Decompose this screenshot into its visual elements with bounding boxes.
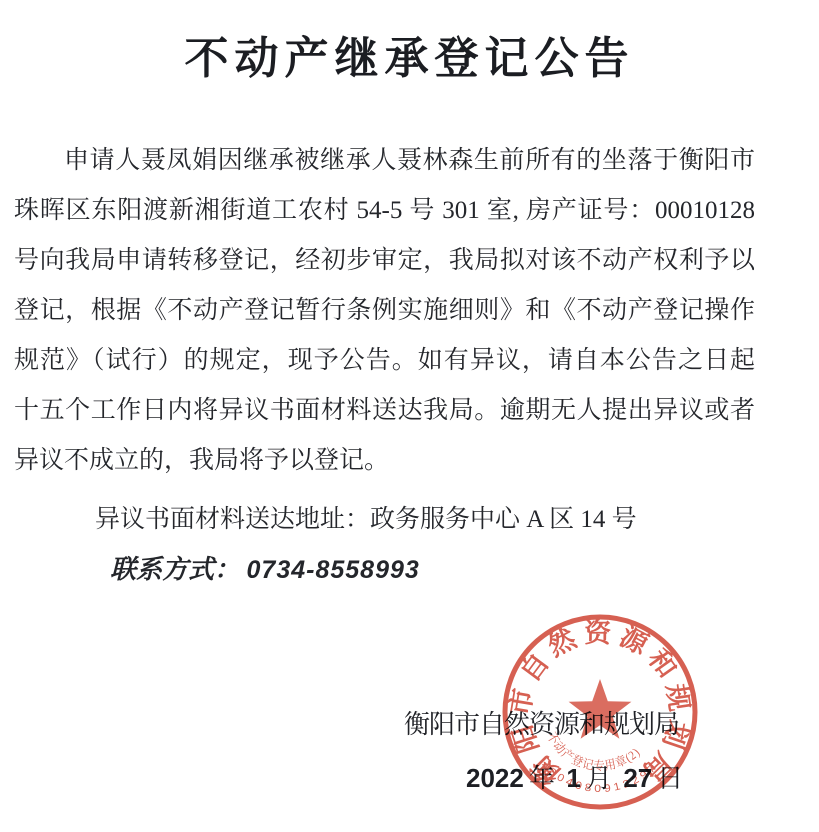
body-line: 号向我局申请转移登记，经初步审定，我局拟对该不动产权利予以	[14, 236, 755, 286]
contact-label: 联系方式：	[110, 555, 240, 584]
announcement-document: 不动产继承登记公告 申请人聂凤娟因继承被继承人聂林森生前所有的坐落于衡阳市 珠晖…	[0, 0, 819, 832]
body-paragraph: 申请人聂凤娟因继承被继承人聂林森生前所有的坐落于衡阳市 珠晖区东阳渡新湘街道工农…	[14, 136, 755, 486]
body-line: 珠晖区东阳渡新湘街道工农村 54-5 号 301 室, 房产证号：0001012…	[14, 186, 755, 236]
body-line: 十五个工作日内将异议书面材料送达我局。逾期无人提出异议或者	[14, 386, 755, 436]
contact-line: 联系方式： 0734-8558993	[110, 547, 420, 593]
seal-star-icon	[569, 679, 632, 739]
body-line: 规范》（试行）的规定，现予公告。如有异议，请自本公告之日起	[14, 336, 755, 386]
body-line: 登记，根据《不动产登记暂行条例实施细则》和《不动产登记操作	[14, 286, 755, 336]
contact-phone-number: 0734-8558993	[247, 556, 420, 584]
page-title: 不动产继承登记公告	[0, 22, 819, 86]
body-line: 异议不成立的，我局将予以登记。	[14, 436, 755, 486]
objection-address-line: 异议书面材料送达地址：政务服务中心 A 区 14 号	[95, 495, 637, 545]
official-seal: 衡阳市自然资源和规划局 不动产登记专用章(2) 4304080912297	[500, 612, 700, 812]
body-line: 申请人聂凤娟因继承被继承人聂林森生前所有的坐落于衡阳市	[14, 136, 755, 186]
